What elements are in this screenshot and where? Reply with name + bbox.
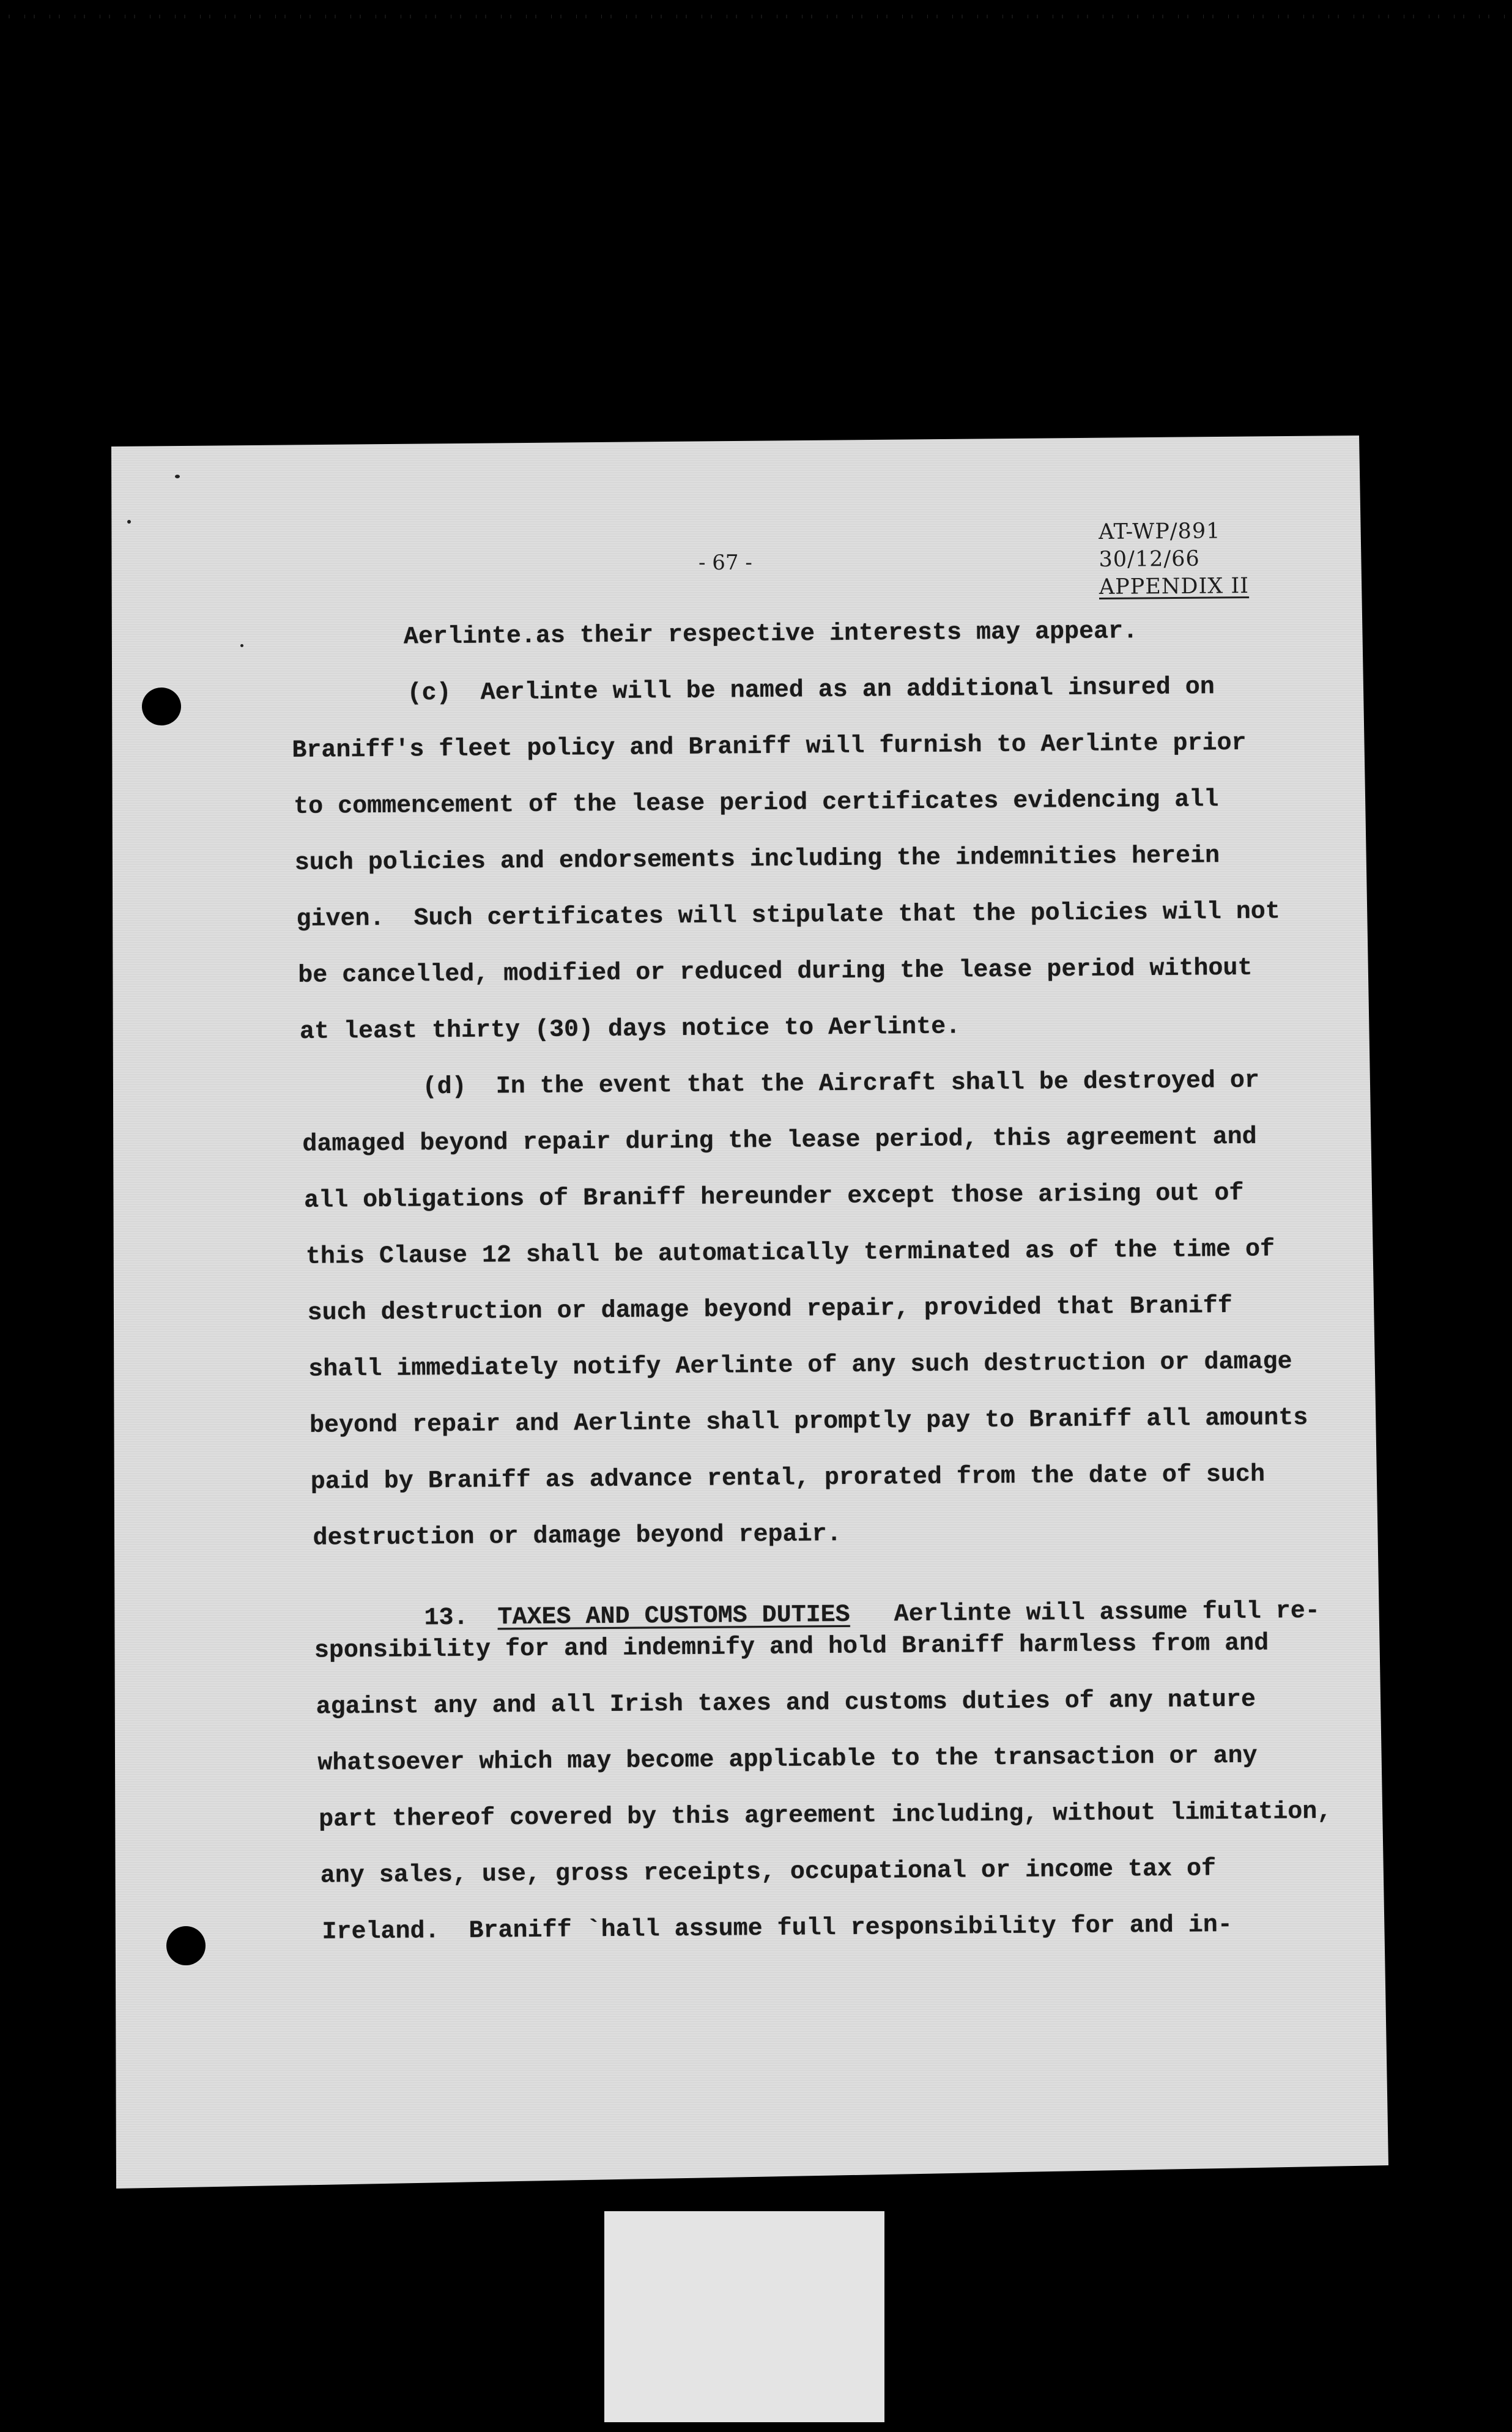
clause-number: 13. [424,1604,468,1633]
text-line: Ireland. Braniff `hall assume full respo… [322,1913,1232,1945]
text-line: Aerlinte.as their respective interests m… [404,620,1138,650]
body-text: Aerlinte.as their respective interests m… [0,0,1512,2432]
text-line: shall immediately notify Aerlinte of any… [308,1350,1292,1382]
text-line: such policies and endorsements including… [295,844,1220,876]
text-line: whatsoever which may become applicable t… [317,1744,1258,1776]
text-line: (d) In the event that the Aircraft shall… [423,1069,1260,1100]
clause-text: Aerlinte will assume full re- [894,1598,1319,1628]
text-line: beyond repair and Aerlinte shall promptl… [309,1406,1308,1439]
clause-13-line: 13. TAXES AND CUSTOMS DUTIES Aerlinte wi… [365,1575,1320,1656]
text-line: Braniff's fleet policy and Braniff will … [292,732,1247,763]
text-line: damaged beyond repair during the lease p… [302,1125,1257,1157]
clause-heading: TAXES AND CUSTOMS DUTIES [497,1601,850,1632]
text-line: part thereof covered by this agreement i… [319,1800,1332,1833]
blank-card [604,2211,884,2422]
text-line: all obligations of Braniff hereunder exc… [304,1182,1244,1214]
text-line: to commencement of the lease period cert… [294,788,1219,820]
text-line: such destruction or damage beyond repair… [307,1294,1232,1326]
text-line: this Clause 12 shall be automatically te… [306,1237,1275,1269]
text-line: (c) Aerlinte will be named as an additio… [407,675,1215,706]
text-line: against any and all Irish taxes and cust… [316,1688,1256,1720]
text-line: any sales, use, gross receipts, occupati… [321,1857,1217,1888]
text-line: paid by Braniff as advance rental, prora… [311,1463,1266,1495]
text-line: destruction or damage beyond repair. [313,1522,841,1551]
text-line: be cancelled, modified or reduced during… [298,957,1253,988]
text-lines: Aerlinte.as their respective interests m… [0,0,1507,2]
text-line: at least thirty (30) days notice to Aerl… [300,1015,960,1044]
text-line: given. Such certificates will stipulate … [296,900,1280,932]
